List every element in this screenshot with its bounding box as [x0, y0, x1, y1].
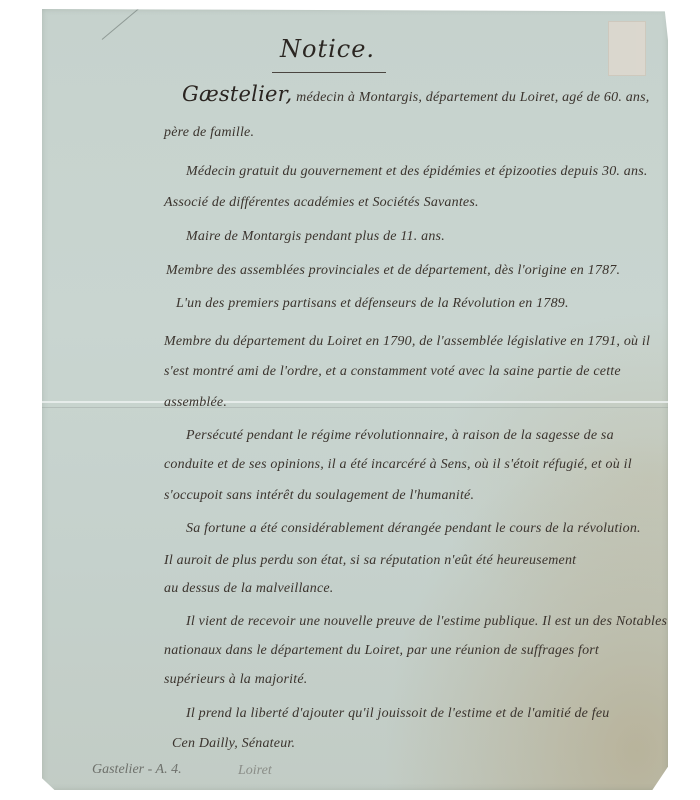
document-title: Notice. — [280, 35, 375, 63]
text-line: nationaux dans le département du Loiret,… — [164, 643, 599, 659]
archive-reference: Gastelier - A. 4. — [92, 762, 182, 778]
text-line: s'occupoit sans intérêt du soulagement d… — [164, 488, 474, 504]
text-line: Médecin gratuit du gouvernement et des é… — [186, 164, 648, 180]
text-line: Il prend la liberté d'ajouter qu'il joui… — [186, 706, 609, 722]
text-line: Persécuté pendant le régime révolutionna… — [186, 428, 614, 444]
text-line: au dessus de la malveillance. — [164, 581, 334, 597]
paper-fold-shadow — [42, 407, 668, 408]
text-line: Il auroit de plus perdu son état, si sa … — [164, 553, 576, 569]
tape-fragment — [608, 21, 646, 76]
opening-text: médecin à Montargis, département du Loir… — [296, 90, 649, 105]
manuscript-page: Notice. Gæstelier, médecin à Montargis, … — [42, 9, 668, 790]
stray-pen-stroke — [102, 0, 156, 40]
subject-name: Gæstelier, — [182, 82, 292, 106]
text-line: Membre du département du Loiret en 1790,… — [164, 334, 650, 350]
text-line: Cen Dailly, Sénateur. — [172, 736, 295, 752]
text-line: père de famille. — [164, 125, 254, 141]
opening-line: Gæstelier, médecin à Montargis, départem… — [182, 82, 649, 106]
paper-fold — [42, 401, 668, 403]
text-line: assemblée. — [164, 395, 227, 411]
text-line: L'un des premiers partisans et défenseur… — [176, 296, 569, 312]
text-line: Associé de différentes académies et Soci… — [164, 195, 479, 211]
archive-region: Loiret — [238, 763, 272, 779]
text-line: supérieurs à la majorité. — [164, 672, 307, 688]
text-line: Maire de Montargis pendant plus de 11. a… — [186, 229, 445, 245]
title-underline — [272, 72, 386, 73]
text-line: Sa fortune a été considérablement dérang… — [186, 521, 641, 537]
text-line: Membre des assemblées provinciales et de… — [166, 263, 620, 279]
text-line: Il vient de recevoir une nouvelle preuve… — [186, 614, 667, 630]
text-line: s'est montré ami de l'ordre, et a consta… — [164, 364, 621, 380]
text-line: conduite et de ses opinions, il a été in… — [164, 457, 632, 473]
